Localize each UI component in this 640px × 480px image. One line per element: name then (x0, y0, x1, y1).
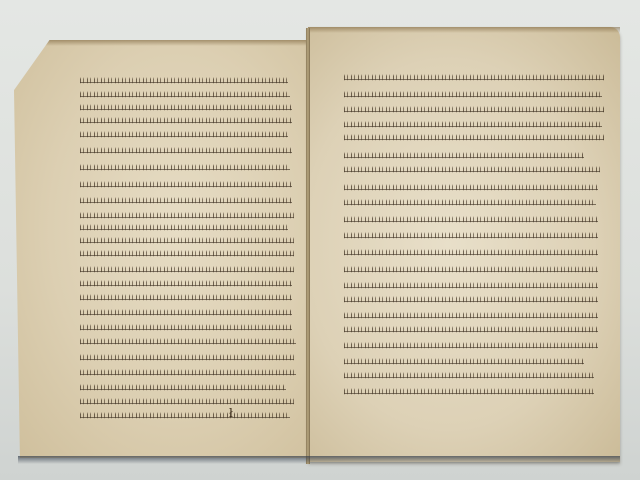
folio-mark: ł (229, 406, 233, 420)
right-manuscript-page: [illegible][illegible][illegible][illegi… (308, 27, 620, 462)
handwritten-line: [illegible] (80, 408, 290, 422)
handwritten-line: [illegible] (80, 290, 292, 304)
handwritten-line: [illegible] (80, 305, 292, 319)
handwritten-line: [illegible] (344, 102, 604, 116)
handwritten-line: [illegible] (80, 394, 294, 408)
handwritten-line: [illegible] (80, 193, 292, 207)
handwritten-line: [illegible] (344, 130, 604, 144)
handwritten-line: [illegible] (80, 262, 294, 276)
handwritten-line: [illegible] (344, 278, 598, 292)
book-gutter-fold (306, 28, 310, 464)
handwritten-line: [illegible] (344, 322, 598, 336)
handwritten-line: [illegible] (344, 180, 598, 194)
handwritten-line: [illegible] (80, 220, 288, 234)
page-top-edge (14, 40, 310, 46)
handwritten-line: [illegible] (344, 117, 602, 131)
handwritten-line: [illegible] (344, 384, 594, 398)
handwritten-line: [illegible] (80, 160, 290, 174)
handwritten-line: [illegible] (80, 100, 292, 114)
handwritten-line: [illegible] (80, 246, 294, 260)
handwritten-line: [illegible] (344, 308, 598, 322)
handwritten-line: [illegible] (80, 365, 296, 379)
handwritten-line: [illegible] (80, 73, 288, 87)
handwritten-line: [illegible] (80, 127, 288, 141)
handwritten-line: [illegible] (344, 212, 598, 226)
handwritten-line: [illegible] (344, 228, 598, 242)
handwritten-line: [illegible] (344, 262, 598, 276)
page-top-edge (308, 27, 620, 33)
handwritten-line: [illegible] (344, 162, 600, 176)
handwritten-line: [illegible] (80, 276, 292, 290)
handwritten-line: [illegible] (344, 338, 598, 352)
handwritten-line: [illegible] (344, 368, 594, 382)
handwritten-line: [illegible] (80, 350, 294, 364)
handwritten-line: [illegible] (80, 143, 292, 157)
handwritten-line: [illegible] (344, 87, 602, 101)
handwritten-line: [illegible] (344, 292, 598, 306)
handwritten-line: [illegible] (80, 113, 292, 127)
handwritten-line: [illegible] (344, 70, 604, 84)
handwritten-line: [illegible] (344, 245, 598, 259)
handwritten-line: [illegible] (344, 195, 596, 209)
handwritten-line: [illegible] (80, 380, 286, 394)
handwritten-line: [illegible] (80, 233, 294, 247)
handwritten-line: [illegible] (344, 354, 584, 368)
handwritten-line: [illegible] (80, 320, 292, 334)
handwritten-line: [illegible] (80, 177, 292, 191)
left-manuscript-page: [illegible][illegible][illegible][illegi… (14, 40, 310, 458)
handwritten-line: [illegible] (80, 334, 296, 348)
handwritten-line: [illegible] (344, 148, 584, 162)
page-bottom-shadow (18, 456, 620, 464)
handwritten-line: [illegible] (80, 87, 290, 101)
